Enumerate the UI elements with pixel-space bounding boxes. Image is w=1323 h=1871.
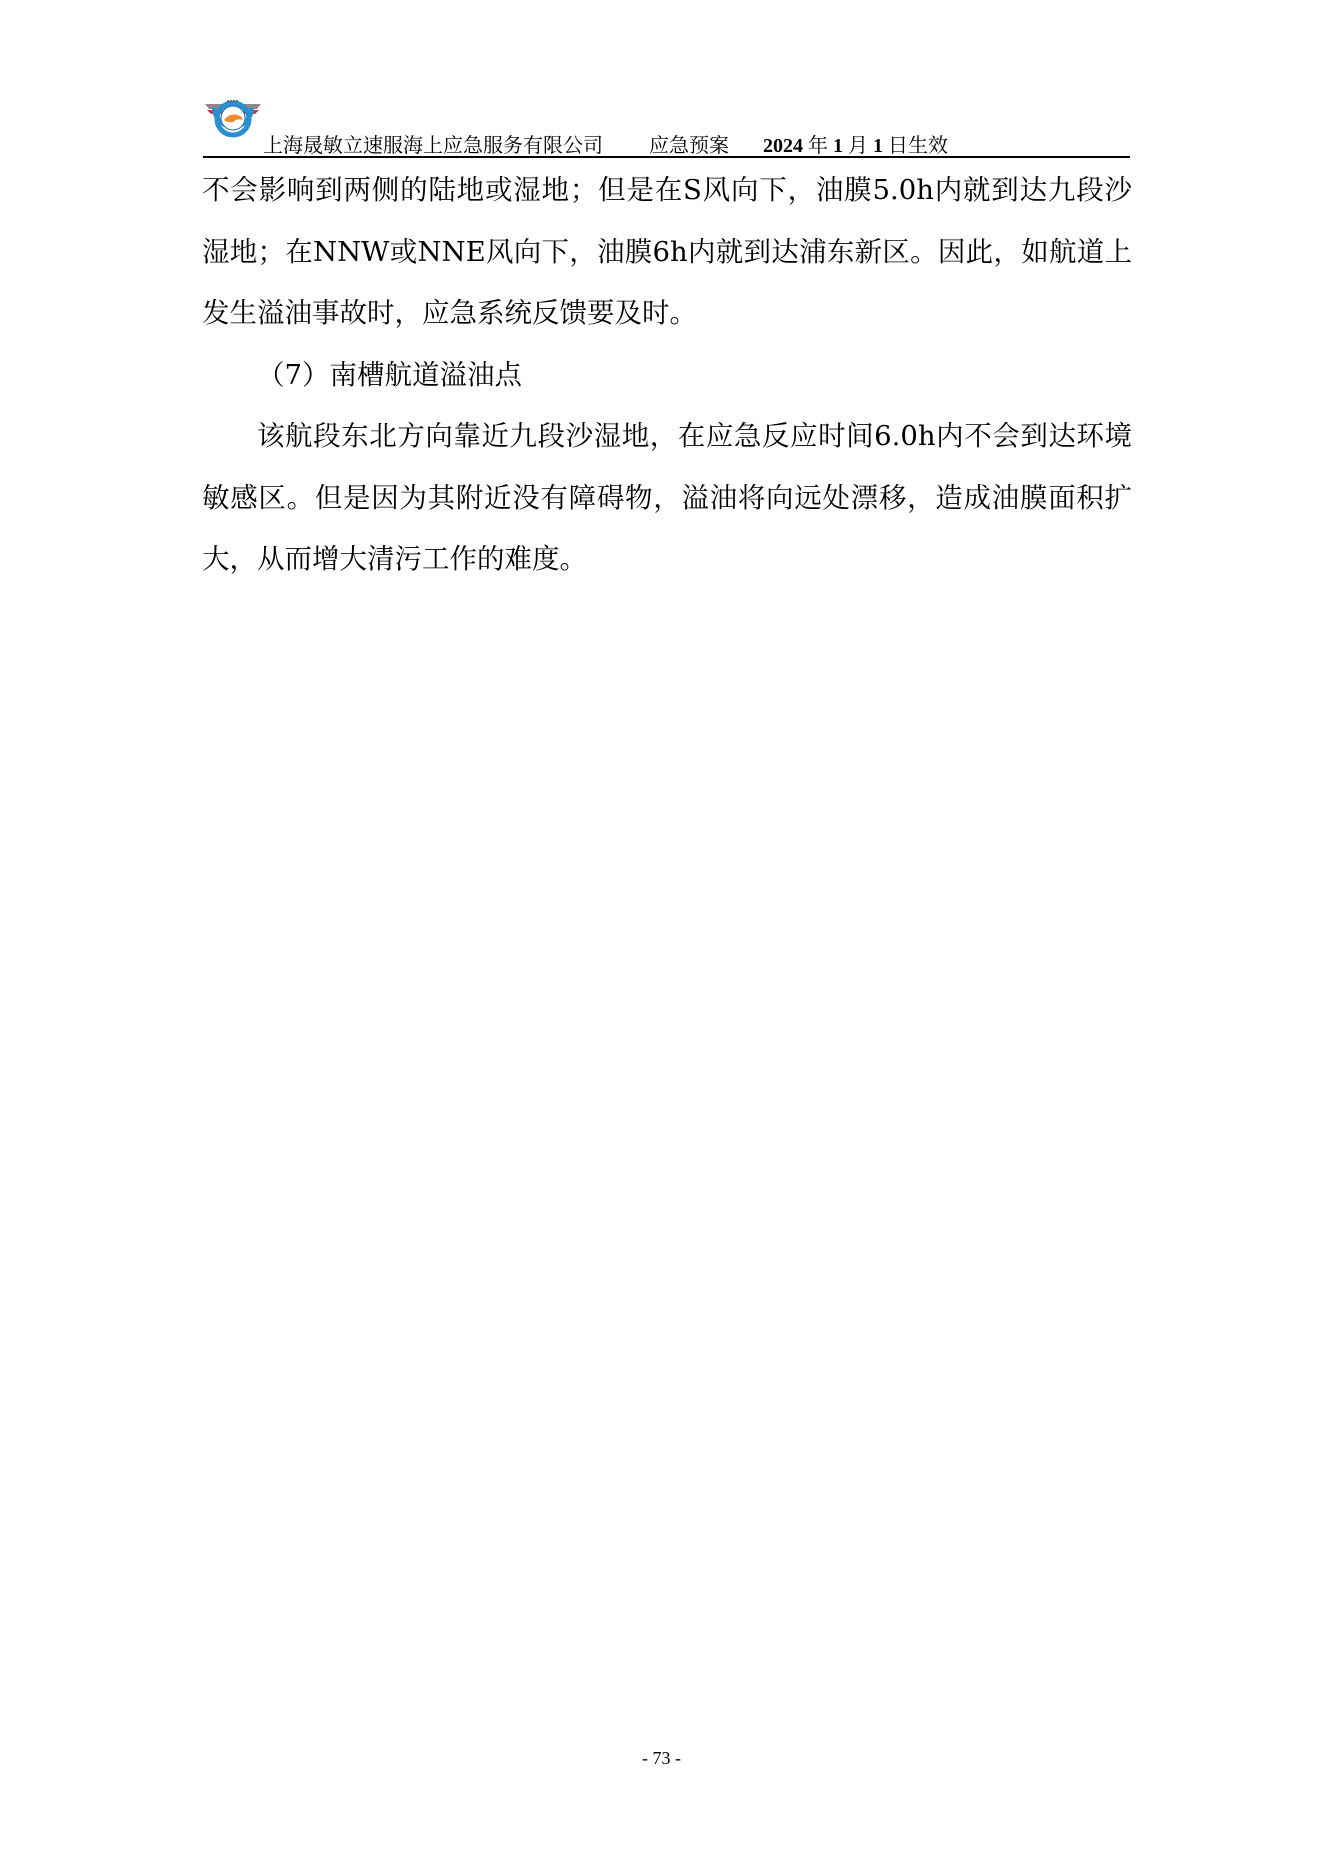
paragraph-body: 该航段东北方向靠近九段沙湿地，在应急反应时间6.0h内不会到达环境敏感区。但是因… [202,406,1132,591]
company-name: 上海晟敏立速服海上应急服务有限公司 [263,129,603,158]
paragraph-continuation: 不会影响到两侧的陆地或湿地；但是在S风向下，油膜5.0h内就到达九段沙湿地；在N… [202,160,1132,345]
page-number: - 73 - [0,1748,1323,1769]
company-emblem-icon [203,96,263,144]
section-heading: （7）南槽航道溢油点 [202,345,1132,407]
effective-date: 2024 年 1 月 1 日生效 [763,129,948,158]
document-type: 应急预案 [649,129,729,158]
header-text: 上海晟敏立速服海上应急服务有限公司应急预案2024 年 1 月 1 日生效 [263,129,948,158]
page-header: 上海晟敏立速服海上应急服务有限公司应急预案2024 年 1 月 1 日生效 [203,96,1130,158]
header-divider [203,156,1130,158]
document-body: 不会影响到两侧的陆地或湿地；但是在S风向下，油膜5.0h内就到达九段沙湿地；在N… [202,160,1132,591]
